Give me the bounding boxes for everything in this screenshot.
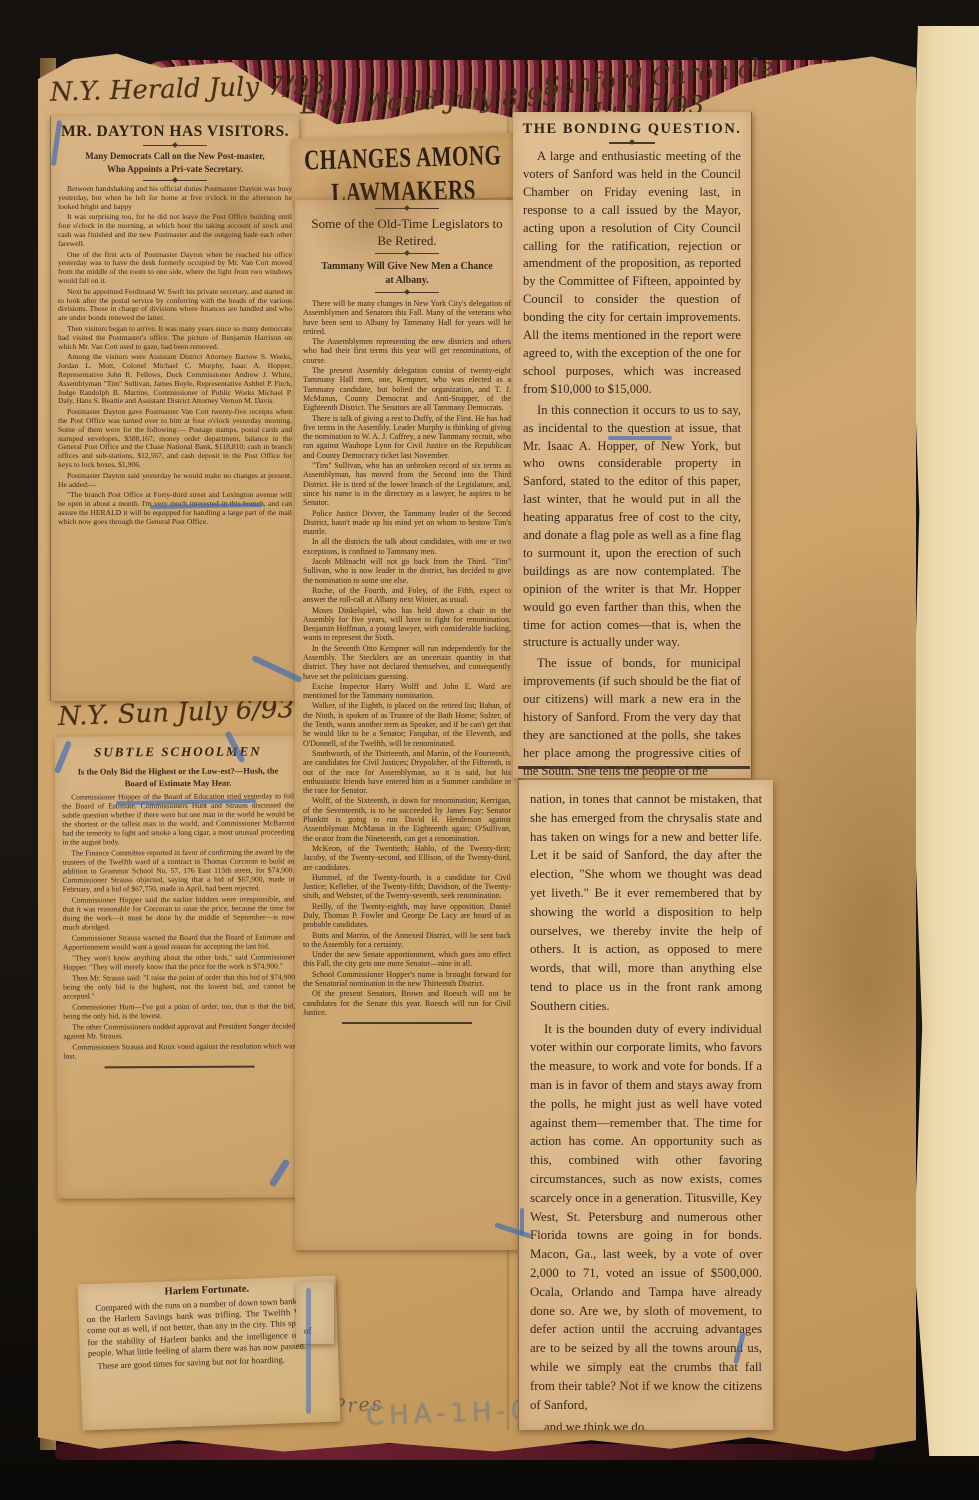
paragraph: Hummel, of the Twenty-fourth, is a candi… xyxy=(303,873,511,901)
paragraph: School Commissioner Hopper's name is bro… xyxy=(303,970,511,989)
blue-mark xyxy=(520,1208,524,1236)
paragraph: The Assemblymen representing the new dis… xyxy=(303,337,511,365)
paragraph: Roche, of the Fourth, and Foley, of the … xyxy=(303,586,511,605)
paragraph: Then Mr. Strauss said: "I raise the poin… xyxy=(63,972,295,1000)
lawmakers-body: There will be many changes in New York C… xyxy=(295,299,519,1017)
paragraph: There is talk of giving a rest to Duffy,… xyxy=(303,414,511,460)
clipping-lawmakers-body: Some of the Old-Time Legislators to Be R… xyxy=(295,200,520,1250)
paragraph: Compared with the runs on a number of do… xyxy=(86,1295,330,1359)
paragraph: "Tim" Sullivan, who has an unbroken reco… xyxy=(303,461,511,507)
bonding-body: A large and enthusiastic meeting of the … xyxy=(513,148,751,778)
paragraph: Reilly, of the Twenty-eighth, may have o… xyxy=(303,902,511,930)
paragraph: "The branch Post Office at Forty-third s… xyxy=(58,491,292,526)
paragraph: Jacob Miltnacht will not go back from th… xyxy=(303,557,511,585)
paragraph: Commissioner Strauss warned the Board th… xyxy=(63,932,295,951)
paragraph: Under the new Senate apportionment, whic… xyxy=(303,950,511,969)
blue-mark xyxy=(306,1288,311,1414)
divider xyxy=(609,142,655,144)
schoolmen-subhead: Is the Only Bid the Highest or the Low-e… xyxy=(73,764,283,789)
paragraph: In the Seventh Otto Kempner will run ind… xyxy=(303,644,511,681)
clipping-fragment: of xyxy=(296,1282,334,1344)
paragraph: The present Assembly delegation consist … xyxy=(303,366,511,412)
divider xyxy=(375,292,439,293)
ink-underline-she-tells xyxy=(518,766,750,769)
scrapbook-photo: N.Y. Herald July 7/93. Eve. World July 8… xyxy=(0,0,979,1500)
paragraph: Commissioner Hunt—I've got a point of or… xyxy=(63,1001,295,1020)
schoolmen-headline: SUBTLE SCHOOLMEN xyxy=(55,743,301,760)
clipping-subtle-schoolmen: SUBTLE SCHOOLMEN Is the Only Bid the Hig… xyxy=(55,735,303,1198)
paragraph: Moses Dinkelspiel, who has held down a c… xyxy=(303,606,511,643)
stain xyxy=(120,300,210,370)
divider xyxy=(143,145,207,146)
blue-underline-isaac-hopper xyxy=(608,436,672,440)
stain xyxy=(790,860,940,1120)
paragraph: The Finance Committee reported in favor … xyxy=(62,847,294,893)
paragraph: In all the districts the talk about cand… xyxy=(303,537,511,556)
paragraph: Police Justice Divver, the Tammany leade… xyxy=(303,509,511,537)
paragraph: Commissioners Strauss and Knox voted aga… xyxy=(63,1041,295,1060)
bonding-headline: THE BONDING QUESTION. xyxy=(513,121,751,138)
paragraph: The issue of bonds, for municipal improv… xyxy=(523,655,741,778)
dayton-headline: MR. DAYTON HAS VISITORS. xyxy=(51,123,299,141)
end-rule xyxy=(342,1022,472,1024)
paragraph: Excise Inspector Harry Wolff and John E.… xyxy=(303,682,511,701)
paragraph: Postmaster Dayton gave Postmaster Van Co… xyxy=(58,408,292,470)
paragraph: nation, in tones that cannot be mistaken… xyxy=(530,790,762,1016)
paragraph: Walker, of the Eighth, is placed on the … xyxy=(303,701,511,747)
paragraph: McKeon, of the Twentieth; Hahlo, of the … xyxy=(303,844,511,872)
clipping-bonding-question: THE BONDING QUESTION. A large and enthus… xyxy=(513,112,752,778)
schoolmen-body: Commissioner Hopper of the Board of Educ… xyxy=(55,791,302,1060)
next-page-edge xyxy=(908,26,979,1456)
paragraph: There will be many changes in New York C… xyxy=(303,299,511,336)
stain xyxy=(90,1180,290,1300)
paragraph: Commissioner Hopper said the earlier bid… xyxy=(63,894,295,931)
stain xyxy=(580,1330,720,1420)
end-rule xyxy=(105,1066,255,1069)
paragraph: "They won't know anything about the othe… xyxy=(63,952,295,971)
paragraph: Postmaster Dayton said yesterday he woul… xyxy=(58,472,292,490)
stain xyxy=(170,160,300,270)
paragraph: Of the present Senators, Brown and Roesc… xyxy=(303,989,511,1017)
paragraph: and we think we do. xyxy=(530,1418,762,1430)
paragraph: Wolff, of the Sixteenth, is down for ren… xyxy=(303,796,511,842)
stain xyxy=(300,148,450,278)
paragraph: A large and enthusiastic meeting of the … xyxy=(523,148,741,399)
paragraph: Butts and Marrin, of the Annexed Distric… xyxy=(303,931,511,950)
paragraph: The other Commissioners nodded approval … xyxy=(63,1021,295,1040)
paragraph: Southworth, of the Thirteenth, and Marti… xyxy=(303,749,511,795)
